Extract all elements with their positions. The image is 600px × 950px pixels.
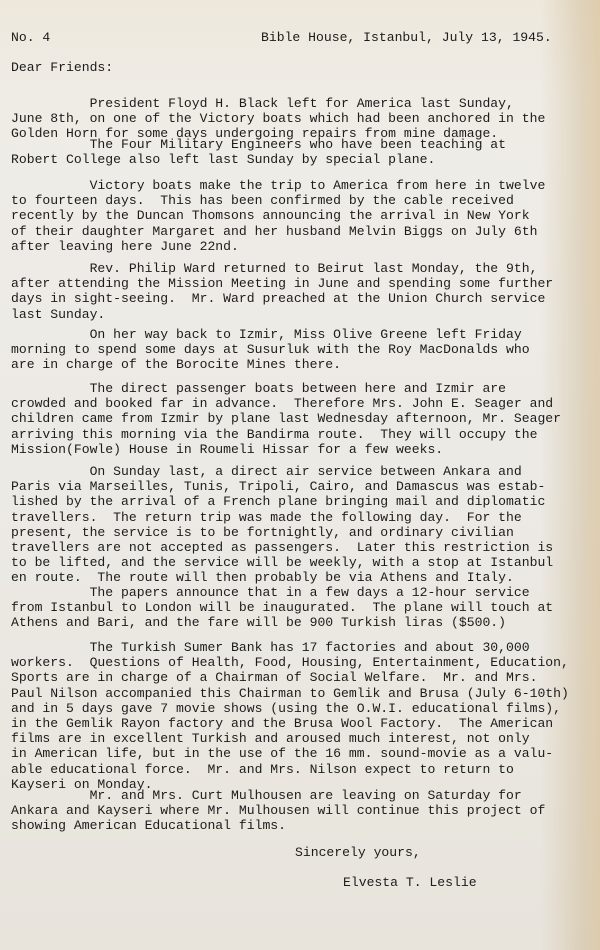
paragraph-line: children came from Izmir by plane last W… xyxy=(11,411,561,426)
paragraph-line: and in 5 days gave 7 movie shows (using … xyxy=(11,701,561,716)
paragraph-line: The Turkish Sumer Bank has 17 factories … xyxy=(11,640,530,655)
letter-number: No. 4 xyxy=(11,30,50,45)
paragraph-line: after leaving here June 22nd. xyxy=(11,239,239,254)
paragraph-line: Rev. Philip Ward returned to Beirut last… xyxy=(11,261,537,276)
paragraph-line: lished by the arrival of a French plane … xyxy=(11,494,545,509)
paragraph-line: travellers are not accepted as passenger… xyxy=(11,540,553,555)
paragraph-line: able educational force. Mr. and Mrs. Nil… xyxy=(11,762,514,777)
paragraph-line: in American life, but in the use of the … xyxy=(11,746,553,761)
paragraph-line: Sports are in charge of a Chairman of So… xyxy=(11,670,537,685)
paragraph-line: On Sunday last, a direct air service bet… xyxy=(11,464,522,479)
paragraph-line: June 8th, on one of the Victory boats wh… xyxy=(11,111,545,126)
letter-place-date: Bible House, Istanbul, July 13, 1945. xyxy=(261,30,552,45)
paragraph-line: after attending the Mission Meeting in J… xyxy=(11,276,553,291)
letter-page: No. 4 Bible House, Istanbul, July 13, 19… xyxy=(0,0,600,950)
paragraph-line: Mr. and Mrs. Curt Mulhousen are leaving … xyxy=(11,788,522,803)
paragraph-line: arriving this morning via the Bandirma r… xyxy=(11,427,537,442)
paragraph-line: Mission(Fowle) House in Roumeli Hissar f… xyxy=(11,442,443,457)
salutation: Dear Friends: xyxy=(11,60,113,75)
paragraph-line: to fourteen days. This has been confirme… xyxy=(11,193,514,208)
paragraph-line: morning to spend some days at Susurluk w… xyxy=(11,342,530,357)
signature: Elvesta T. Leslie xyxy=(343,875,477,890)
paragraph-line: Athens and Bari, and the fare will be 90… xyxy=(11,615,506,630)
paragraph-line: travellers. The return trip was made the… xyxy=(11,510,522,525)
paragraph-line: of their daughter Margaret and her husba… xyxy=(11,224,537,239)
paragraph-line: Victory boats make the trip to America f… xyxy=(11,178,545,193)
paragraph-line: Ankara and Kayseri where Mr. Mulhousen w… xyxy=(11,803,545,818)
paragraph-line: from Istanbul to London will be inaugura… xyxy=(11,600,553,615)
paragraph-line: showing American Educational films. xyxy=(11,818,286,833)
paragraph-line: recently by the Duncan Thomsons announci… xyxy=(11,208,530,223)
paragraph-line: workers. Questions of Health, Food, Hous… xyxy=(11,655,569,670)
paragraph-line: last Sunday. xyxy=(11,307,105,322)
paragraph-line: Paris via Marseilles, Tunis, Tripoli, Ca… xyxy=(11,479,545,494)
paragraph-line: are in charge of the Borocite Mines ther… xyxy=(11,357,341,372)
paragraph-line: The direct passenger boats between here … xyxy=(11,381,506,396)
paragraph-line: Paul Nilson accompanied this Chairman to… xyxy=(11,686,569,701)
paragraph-line: to be lifted, and the service will be we… xyxy=(11,555,553,570)
paragraph-line: present, the service is to be fortnightl… xyxy=(11,525,514,540)
paragraph-line: crowded and booked far in advance. There… xyxy=(11,396,553,411)
paragraph-line: en route. The route will then probably b… xyxy=(11,570,514,585)
paragraph-line: The papers announce that in a few days a… xyxy=(11,585,530,600)
paragraph-line: On her way back to Izmir, Miss Olive Gre… xyxy=(11,327,522,342)
closing: Sincerely yours, xyxy=(295,845,421,860)
paragraph-line: days in sight-seeing. Mr. Ward preached … xyxy=(11,291,545,306)
paragraph-line: films are in excellent Turkish and arous… xyxy=(11,731,530,746)
paragraph-line: in the Gemlik Rayon factory and the Brus… xyxy=(11,716,553,731)
paragraph-line: The Four Military Engineers who have bee… xyxy=(11,137,506,152)
paragraph-line: President Floyd H. Black left for Americ… xyxy=(11,96,514,111)
paragraph-line: Robert College also left last Sunday by … xyxy=(11,152,435,167)
